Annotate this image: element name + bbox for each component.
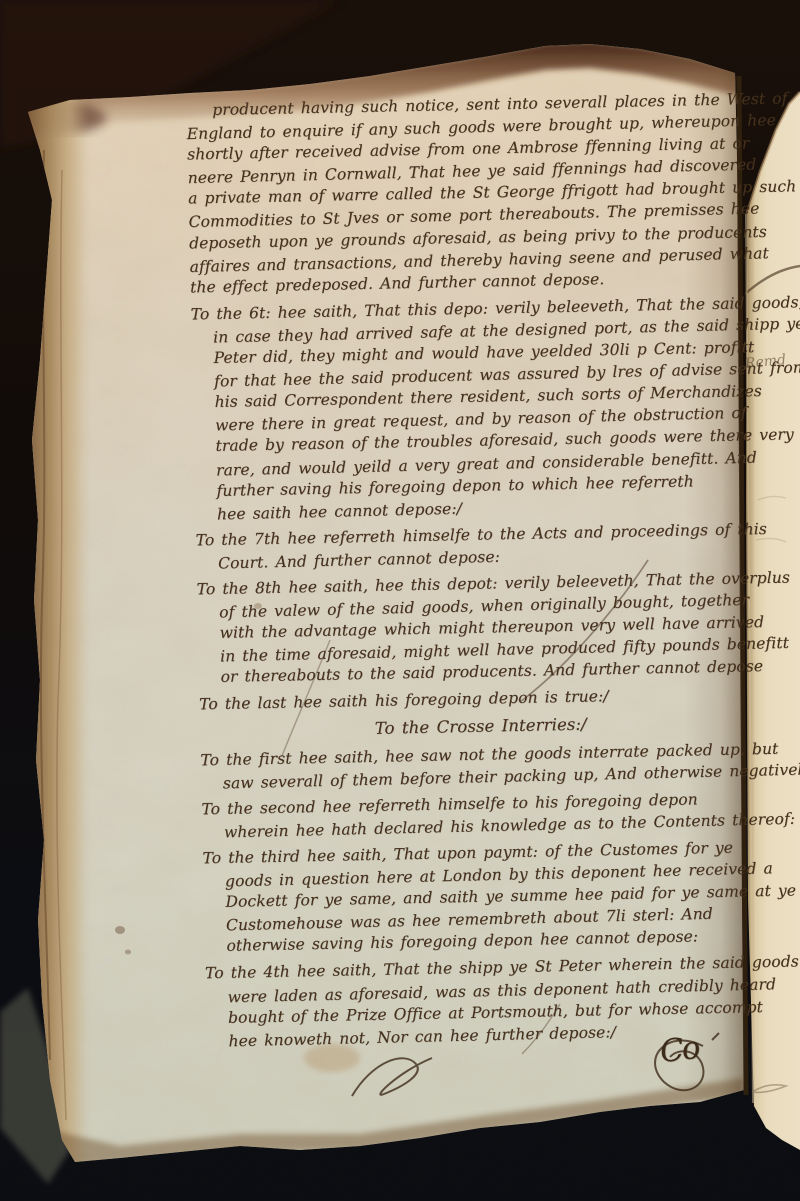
cross-paragraph-third: To the third hee saith, That upon paymt:… (202, 836, 766, 959)
deposition-paragraph-continued: producent having such notice, sent into … (186, 88, 752, 299)
stain-dot-1 (115, 926, 125, 934)
notary-paraph: Co (658, 1030, 700, 1070)
manuscript-line: To the Crosse Interries:/ (200, 710, 762, 743)
deposition-paragraph-6th: To the 6t: hee saith, That this depo: ve… (190, 292, 757, 525)
deposition-paragraph-8th: To the 8th hee saith, hee this depot: ve… (196, 567, 760, 690)
stain-dot-2 (125, 950, 131, 955)
manuscript-photo: producent having such notice, sent into … (0, 0, 800, 1201)
cross-paragraph-second: To the second hee referreth himselfe to … (201, 786, 764, 842)
cross-paragraph-first: To the first hee saith, hee saw not the … (200, 737, 763, 793)
deposition-paragraph-7th: To the 7th hee referreth himselfe to the… (195, 517, 758, 573)
deposition-text: producent having such notice, sent into … (186, 88, 769, 1057)
